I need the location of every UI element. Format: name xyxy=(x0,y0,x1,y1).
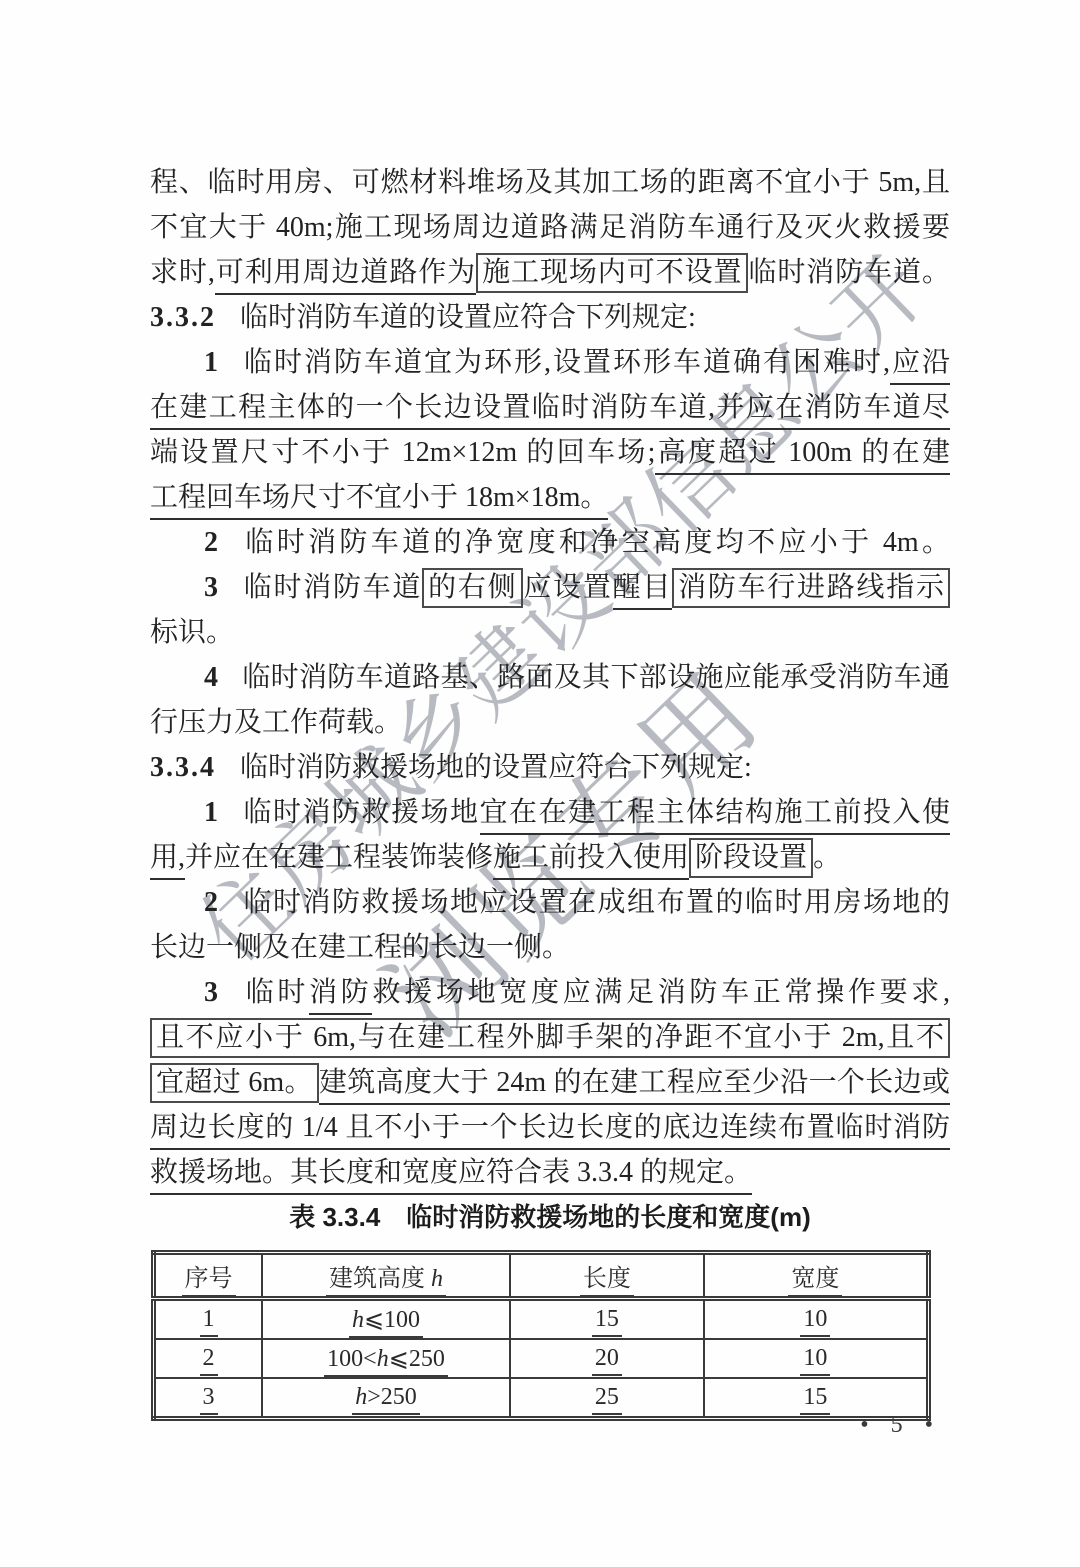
text-line: 3临时消防车道的右侧应设置醒目消防车行进路线指示 xyxy=(150,565,950,610)
document-page: 住房城乡建设部信息公开 浏览专用 程、临时用房、可燃材料堆场及其加工场的距离不宜… xyxy=(0,0,1080,1567)
cell-width: 10 xyxy=(704,1299,929,1340)
text-segment: 端设置尺寸不小于 12m×12m 的回车场; xyxy=(150,437,655,468)
text-line: 2临时消防救援场地应设置在成组布置的临时用房场地的 xyxy=(150,880,950,925)
col-header-seq: 序号 xyxy=(154,1253,263,1299)
text-segment: 临时消防车道的净宽度和净空高度均不应小于 4m。 xyxy=(242,527,950,558)
item-number: 2 xyxy=(204,527,218,558)
text-line: 端设置尺寸不小于 12m×12m 的回车场;高度超过 100m 的在建 xyxy=(150,430,950,475)
section-number: 3.3.2 xyxy=(150,302,216,333)
text-line: 不宜大于 40m;施工现场周边道路满足消防车通行及灭火救援要 xyxy=(150,205,950,250)
revision-box-text: 宜超过 6m。 xyxy=(150,1063,319,1103)
text-segment: 临时消防车道路基、路面及其下部设施应能承受消防车通 xyxy=(242,662,950,693)
text-line: 标识。 xyxy=(150,610,950,655)
table-row: 1 h⩽100 15 10 xyxy=(154,1299,929,1340)
table-caption: 表 3.3.4 临时消防救援场地的长度和宽度(m) xyxy=(150,1195,950,1240)
text-line: 行压力及工作荷载。 xyxy=(150,700,950,745)
text-segment: 临时消防车道的设置应符合下列规定: xyxy=(240,302,696,333)
revision-underline-text: 醒目 xyxy=(613,572,672,610)
variable-h: h xyxy=(352,1307,364,1333)
table-row: 2 100<h⩽250 20 10 xyxy=(154,1339,929,1378)
text-line: 长边一侧及在建工程的长边一侧。 xyxy=(150,925,950,970)
revision-underline-text: 在建工程主体的一个长边设置临时消防车道,并应在消防车道尽 xyxy=(150,392,950,430)
page-number: • 5 • xyxy=(860,1412,934,1439)
revision-underline-text: 工程回车场尺寸不宜小于 18m×18m。 xyxy=(150,482,608,520)
text-line: 3临时消防救援场地宽度应满足消防车正常操作要求, xyxy=(150,970,950,1015)
text-segment: 临时消防救援场地应设置在成组布置的临时用房场地的 xyxy=(242,887,950,918)
text-segment: 求时, xyxy=(150,257,215,288)
revision-underline-text: 用, xyxy=(150,842,185,880)
revision-underline-text: 施工前投入使用 xyxy=(493,842,689,880)
item-number: 1 xyxy=(204,347,218,378)
text-segment: 临时消防车道。 xyxy=(748,257,950,288)
revision-underline-text: 可利用周边道路作为 xyxy=(215,257,476,295)
section-3-3-2-heading: 3.3.2临时消防车道的设置应符合下列规定: xyxy=(150,295,950,340)
section-number: 3.3.4 xyxy=(150,752,216,783)
text-line: 2临时消防车道的净宽度和净空高度均不应小于 4m。 xyxy=(150,520,950,565)
variable-h: h xyxy=(355,1384,367,1410)
text-segment: 并应在在建工程装饰装修 xyxy=(185,842,493,873)
cell-length: 25 xyxy=(510,1378,704,1419)
text-line: 程、临时用房、可燃材料堆场及其加工场的距离不宜小于 5m,且 xyxy=(150,160,950,205)
revision-box-text: 的右侧 xyxy=(422,568,523,608)
table-3-3-4: 序号 建筑高度 h 长度 宽度 1 h⩽100 15 10 2 100<h⩽25… xyxy=(151,1250,931,1421)
cell-height-range: 100<h⩽250 xyxy=(262,1339,510,1378)
text-line: 用,并应在在建工程装饰装修施工前投入使用阶段设置。 xyxy=(150,835,950,880)
text-line: 宜超过 6m。建筑高度大于 24m 的在建工程应至少沿一个长边或 xyxy=(150,1060,950,1105)
item-number: 2 xyxy=(204,887,218,918)
revision-underline-text: 周边长度的 1/4 且不小于一个长边长度的底边连续布置临时消防 xyxy=(150,1112,950,1150)
page-content: 程、临时用房、可燃材料堆场及其加工场的距离不宜小于 5m,且 不宜大于 40m;… xyxy=(150,160,950,1421)
text-line: 1临时消防救援场地宜在在建工程主体结构施工前投入使 xyxy=(150,790,950,835)
text-segment: 程、临时用房、可燃材料堆场及其加工场的距离不宜小于 5m,且 xyxy=(150,167,950,198)
cell-seq: 3 xyxy=(154,1378,263,1419)
text-segment: 临时消防车道宜为环形,设置环形车道确有困难时, xyxy=(242,347,890,378)
revision-underline-text: 消防 xyxy=(309,977,372,1015)
text-segment: 。 xyxy=(813,842,841,873)
text-line: 在建工程主体的一个长边设置临时消防车道,并应在消防车道尽 xyxy=(150,385,950,430)
revision-underline-text: 宜在在建工程主体结构施工前投入使 xyxy=(480,797,950,835)
text-line: 4临时消防车道路基、路面及其下部设施应能承受消防车通 xyxy=(150,655,950,700)
variable-h: h xyxy=(431,1266,443,1292)
text-segment: 临时消防救援场地的设置应符合下列规定: xyxy=(240,752,752,783)
revision-box-text: 施工现场内可不设置 xyxy=(476,253,748,293)
text-segment: 行压力及工作荷载。 xyxy=(150,707,402,738)
variable-h: h xyxy=(377,1346,389,1372)
text-segment: 救援场地宽度应满足消防车正常操作要求, xyxy=(372,977,950,1008)
revision-box-text: 阶段设置 xyxy=(689,838,813,878)
text-segment: 不宜大于 40m;施工现场周边道路满足消防车通行及灭火救援要 xyxy=(150,212,950,243)
revision-underline-text: 应沿 xyxy=(890,347,950,385)
text-line: 且不应小于 6m,与在建工程外脚手架的净距不宜小于 2m,且不 xyxy=(150,1015,950,1060)
revision-box-text: 且不应小于 6m,与在建工程外脚手架的净距不宜小于 2m,且不 xyxy=(150,1018,950,1058)
item-number: 3 xyxy=(204,977,218,1008)
text-line: 求时,可利用周边道路作为施工现场内可不设置临时消防车道。 xyxy=(150,250,950,295)
col-header-width: 宽度 xyxy=(704,1253,929,1299)
text-segment: 临时消防救援场地 xyxy=(242,797,480,828)
item-number: 1 xyxy=(204,797,218,828)
cell-length: 20 xyxy=(510,1339,704,1378)
revision-underline-text: 建筑高度大于 24m 的在建工程应至少沿一个长边或 xyxy=(319,1067,950,1105)
text-line: 工程回车场尺寸不宜小于 18m×18m。 xyxy=(150,475,950,520)
table-row: 3 h>250 25 15 xyxy=(154,1378,929,1419)
cell-seq: 2 xyxy=(154,1339,263,1378)
cell-length: 15 xyxy=(510,1299,704,1340)
text-segment: 长边一侧及在建工程的长边一侧。 xyxy=(150,932,570,963)
revision-underline-text: 高度超过 100m 的在建 xyxy=(655,437,950,475)
col-header-building-height: 建筑高度 h xyxy=(262,1253,510,1299)
text-segment: 标识。 xyxy=(150,617,234,648)
revision-underline-text: 救援场地。其长度和宽度应符合表 3.3.4 的规定。 xyxy=(150,1157,752,1195)
table-header-row: 序号 建筑高度 h 长度 宽度 xyxy=(154,1253,929,1299)
cell-width: 10 xyxy=(704,1339,929,1378)
revision-box-text: 消防车行进路线指示 xyxy=(672,568,950,608)
text-line: 救援场地。其长度和宽度应符合表 3.3.4 的规定。 xyxy=(150,1150,950,1195)
cell-seq: 1 xyxy=(154,1299,263,1340)
cell-height-range: h>250 xyxy=(262,1378,510,1419)
text-line: 周边长度的 1/4 且不小于一个长边长度的底边连续布置临时消防 xyxy=(150,1105,950,1150)
cell-height-range: h⩽100 xyxy=(262,1299,510,1340)
item-number: 3 xyxy=(204,572,218,603)
item-number: 4 xyxy=(204,662,218,693)
text-segment: 临时消防车道 xyxy=(242,572,422,603)
text-segment: 应设置 xyxy=(523,572,612,603)
section-3-3-4-heading: 3.3.4临时消防救援场地的设置应符合下列规定: xyxy=(150,745,950,790)
col-header-length: 长度 xyxy=(510,1253,704,1299)
text-line: 1临时消防车道宜为环形,设置环形车道确有困难时,应沿 xyxy=(150,340,950,385)
text-segment: 临时 xyxy=(242,977,309,1008)
